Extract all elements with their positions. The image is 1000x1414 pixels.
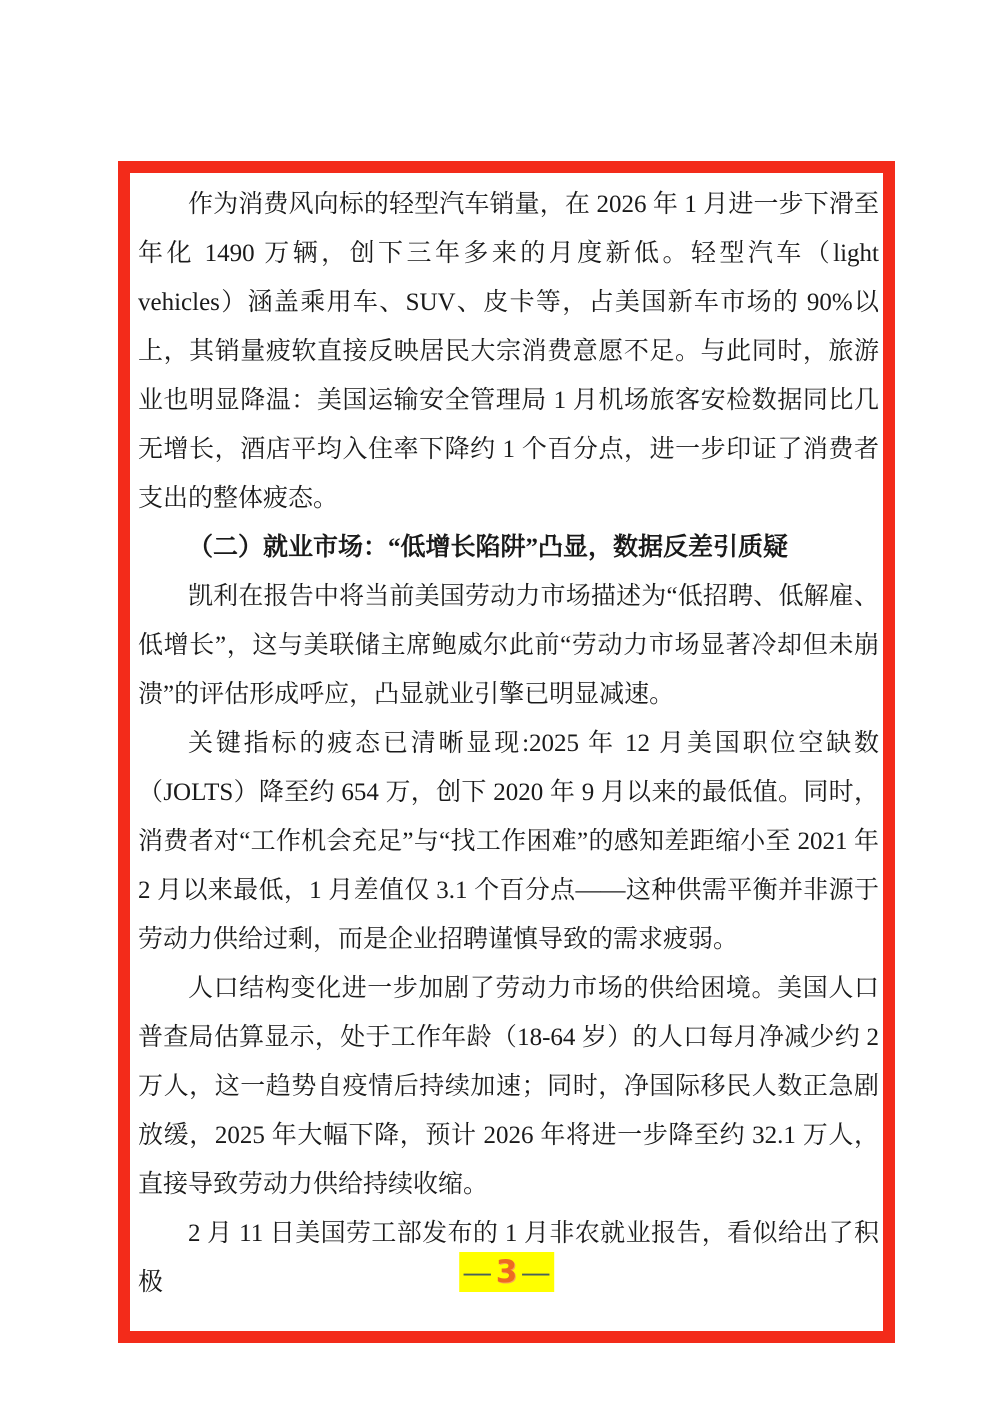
paragraph-kelly-report: 凯利在报告中将当前美国劳动力市场描述为“低招聘、低解雇、低增长”，这与美联储主席… xyxy=(138,572,879,719)
section-heading-employment-market: （二）就业市场：“低增长陷阱”凸显，数据反差引质疑 xyxy=(138,523,879,572)
document-page: { "page": { "background_color": "#ffffff… xyxy=(0,0,1000,1414)
red-page-border-frame: 作为消费风向标的轻型汽车销量，在 2026 年 1 月进一步下滑至年化 1490… xyxy=(118,161,895,1343)
page-number-footer: — 3 — xyxy=(459,1252,555,1292)
footer-right-dash: — xyxy=(522,1259,549,1286)
paragraph-auto-sales: 作为消费风向标的轻型汽车销量，在 2026 年 1 月进一步下滑至年化 1490… xyxy=(138,180,879,523)
paragraph-demographics: 人口结构变化进一步加剧了劳动力市场的供给困境。美国人口普查局估算显示，处于工作年… xyxy=(138,964,879,1209)
paragraph-jolts-indicators: 关键指标的疲态已清晰显现:2025 年 12 月美国职位空缺数（JOLTS）降至… xyxy=(138,719,879,964)
page-number: 3 xyxy=(496,1257,518,1288)
document-body: 作为消费风向标的轻型汽车销量，在 2026 年 1 月进一步下滑至年化 1490… xyxy=(138,180,879,1307)
footer-left-dash: — xyxy=(464,1259,491,1286)
